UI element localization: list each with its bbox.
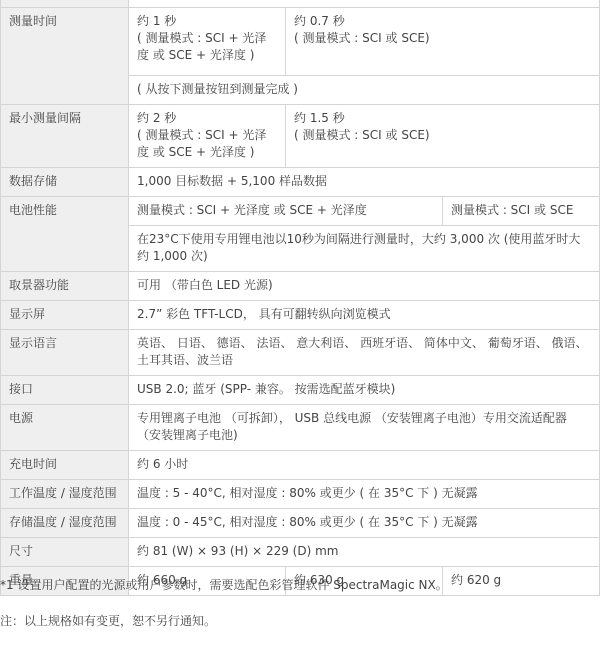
row-label: 接口 <box>1 376 129 405</box>
row-power: 电源 专用锂离子电池 （可拆卸）， USB 总线电源 （安装锂离子电池）专用交流… <box>1 405 600 451</box>
measurement-time-note: ( 从按下测量按钮到测量完成 ) <box>129 76 600 105</box>
row-label: 最小测量间隔 <box>1 105 129 168</box>
row-operating-env: 工作温度 / 湿度范围 温度 : 5 - 40°C, 相对湿度 : 80% 或更… <box>1 480 600 509</box>
min-interval-sci-sce: 约 1.5 秒 ( 测量模式 : SCI 或 SCE) <box>286 105 600 168</box>
row-languages: 显示语言 英语、 日语、 德语、 法语、 意大利语、 西班牙语、 简体中文、 葡… <box>1 330 600 376</box>
previous-row-stub <box>1 0 600 8</box>
row-interface: 接口 USB 2.0; 蓝牙 (SPP- 兼容。 按需选配蓝牙模块) <box>1 376 600 405</box>
row-dimensions: 尺寸 约 81 (W) × 93 (H) × 229 (D) mm <box>1 538 600 567</box>
row-label: 存储温度 / 湿度范围 <box>1 509 129 538</box>
min-interval-sci-gloss: 约 2 秒 ( 测量模式 : SCI + 光泽度 或 SCE + 光泽度 ) <box>129 105 286 168</box>
row-min-interval: 最小测量间隔 约 2 秒 ( 测量模式 : SCI + 光泽度 或 SCE + … <box>1 105 600 168</box>
row-battery: 电池性能 测量模式 : SCI + 光泽度 或 SCE + 光泽度 测量模式 :… <box>1 197 600 226</box>
measurement-time-sci-sce: 约 0.7 秒 ( 测量模式 : SCI 或 SCE) <box>286 8 600 76</box>
row-label: 显示语言 <box>1 330 129 376</box>
battery-mode-sci-sce: 测量模式 : SCI 或 SCE <box>443 197 600 226</box>
display-value: 2.7” 彩色 TFT-LCD， 具有可翻转纵向浏览模式 <box>129 301 600 330</box>
battery-mode-sci-gloss: 测量模式 : SCI + 光泽度 或 SCE + 光泽度 <box>129 197 443 226</box>
row-label: 尺寸 <box>1 538 129 567</box>
row-label: 电池性能 <box>1 197 129 272</box>
row-data-storage: 数据存储 1,000 目标数据 + 5,100 样品数据 <box>1 168 600 197</box>
row-measurement-time: 测量时间 约 1 秒 ( 测量模式 : SCI + 光泽度 或 SCE + 光泽… <box>1 8 600 76</box>
charge-time-value: 约 6 小时 <box>129 451 600 480</box>
interface-value: USB 2.0; 蓝牙 (SPP- 兼容。 按需选配蓝牙模块) <box>129 376 600 405</box>
row-storage-env: 存储温度 / 湿度范围 温度 : 0 - 45°C, 相对湿度 : 80% 或更… <box>1 509 600 538</box>
data-storage-value: 1,000 目标数据 + 5,100 样品数据 <box>129 168 600 197</box>
power-value: 专用锂离子电池 （可拆卸）， USB 总线电源 （安装锂离子电池）专用交流适配器… <box>129 405 600 451</box>
spec-table: 测量时间 约 1 秒 ( 测量模式 : SCI + 光泽度 或 SCE + 光泽… <box>0 0 600 596</box>
row-label: 工作温度 / 湿度范围 <box>1 480 129 509</box>
row-viewfinder: 取景器功能 可用 （带白色 LED 光源) <box>1 272 600 301</box>
row-label: 数据存储 <box>1 168 129 197</box>
spec-table-container: 测量时间 约 1 秒 ( 测量模式 : SCI + 光泽度 或 SCE + 光泽… <box>0 0 599 596</box>
storage-env-value: 温度 : 0 - 45°C, 相对湿度 : 80% 或更少 ( 在 35°C 下… <box>129 509 600 538</box>
row-display: 显示屏 2.7” 彩色 TFT-LCD， 具有可翻转纵向浏览模式 <box>1 301 600 330</box>
measurement-time-sci-gloss: 约 1 秒 ( 测量模式 : SCI + 光泽度 或 SCE + 光泽度 ) <box>129 8 286 76</box>
battery-detail: 在23°C下使用专用锂电池以10秒为间隔进行测量时，大约 3,000 次 (使用… <box>129 226 600 272</box>
footnote-disclaimer: 注：以上规格如有变更，恕不另行通知。 <box>0 613 601 630</box>
operating-env-value: 温度 : 5 - 40°C, 相对湿度 : 80% 或更少 ( 在 35°C 下… <box>129 480 600 509</box>
row-label: 充电时间 <box>1 451 129 480</box>
row-charge-time: 充电时间 约 6 小时 <box>1 451 600 480</box>
row-label: 测量时间 <box>1 8 129 105</box>
viewfinder-value: 可用 （带白色 LED 光源) <box>129 272 600 301</box>
dimensions-value: 约 81 (W) × 93 (H) × 229 (D) mm <box>129 538 600 567</box>
row-label: 显示屏 <box>1 301 129 330</box>
footnotes: *1 设置用户配置的光源或用户参数时，需要选配色彩管理软件 SpectraMag… <box>0 577 601 630</box>
footnote-software: *1 设置用户配置的光源或用户参数时，需要选配色彩管理软件 SpectraMag… <box>0 577 601 594</box>
languages-value: 英语、 日语、 德语、 法语、 意大利语、 西班牙语、 简体中文、 葡萄牙语、 … <box>129 330 600 376</box>
row-label: 电源 <box>1 405 129 451</box>
row-label: 取景器功能 <box>1 272 129 301</box>
